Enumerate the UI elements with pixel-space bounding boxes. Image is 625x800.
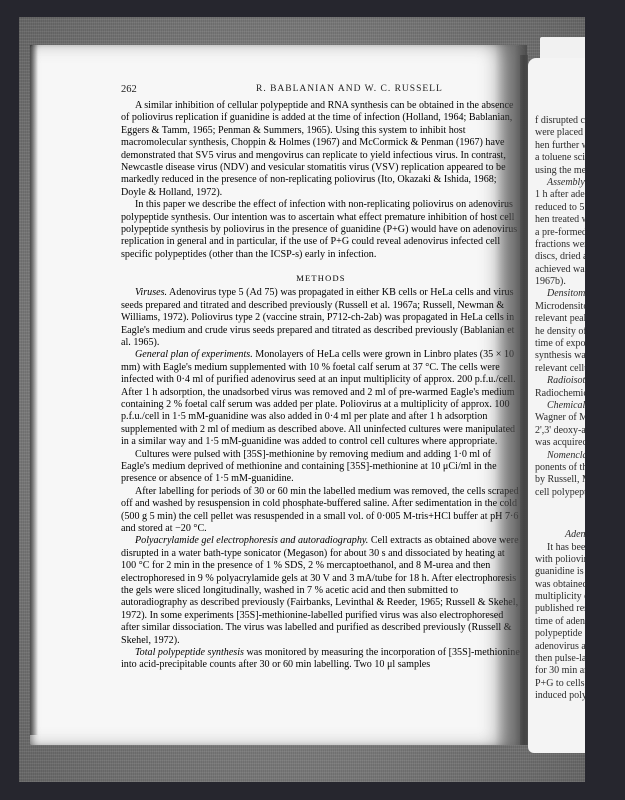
page-number: 262 <box>121 84 137 95</box>
section-heading-methods: METHODS <box>121 273 521 283</box>
methods-paragraph-labelling: After labelling for periods of 30 or 60 … <box>121 486 521 536</box>
methods-paragraph-viruses: Viruses. Adenovirus type 5 (Ad 75) was p… <box>121 287 521 349</box>
paragraph-body: Monolayers of HeLa cells were grown in L… <box>121 349 516 447</box>
methods-paragraph-electrophoresis: Polyacrylamide gel electrophoresis and a… <box>121 535 521 647</box>
main-text-column: A similar inhibition of cellular polypep… <box>121 100 521 672</box>
paragraph-lead: General plan of experiments. <box>135 349 253 360</box>
paragraph-lead: Viruses. <box>135 287 167 298</box>
intro-paragraph-1: A similar inhibition of cellular polypep… <box>121 100 521 199</box>
running-head: R. BABLANIAN AND W. C. RUSSELL <box>256 84 443 94</box>
methods-paragraph-total-synthesis: Total polypeptide synthesis was monitore… <box>121 647 521 672</box>
paragraph-lead: Polyacrylamide gel electrophoresis and a… <box>135 535 368 546</box>
intro-paragraph-2: In this paper we describe the effect of … <box>121 199 521 261</box>
page-edge-shadow <box>30 45 38 735</box>
methods-paragraph-pulse: Cultures were pulsed with [35S]-methioni… <box>121 449 521 486</box>
book-gutter <box>520 55 528 745</box>
page-header: 262 R. BABLANIAN AND W. C. RUSSELL <box>121 84 521 98</box>
paragraph-body: Cultures were pulsed with [35S]-methioni… <box>121 449 497 485</box>
methods-paragraph-general-plan: General plan of experiments. Monolayers … <box>121 349 521 448</box>
paragraph-body: Cell extracts as obtained above were dis… <box>121 535 519 645</box>
dark-border-right <box>585 0 625 800</box>
paragraph-body: After labelling for periods of 30 or 60 … <box>121 486 519 534</box>
paragraph-body: Adenovirus type 5 (Ad 75) was propagated… <box>121 287 514 348</box>
paragraph-lead: Total polypeptide synthesis <box>135 647 244 658</box>
